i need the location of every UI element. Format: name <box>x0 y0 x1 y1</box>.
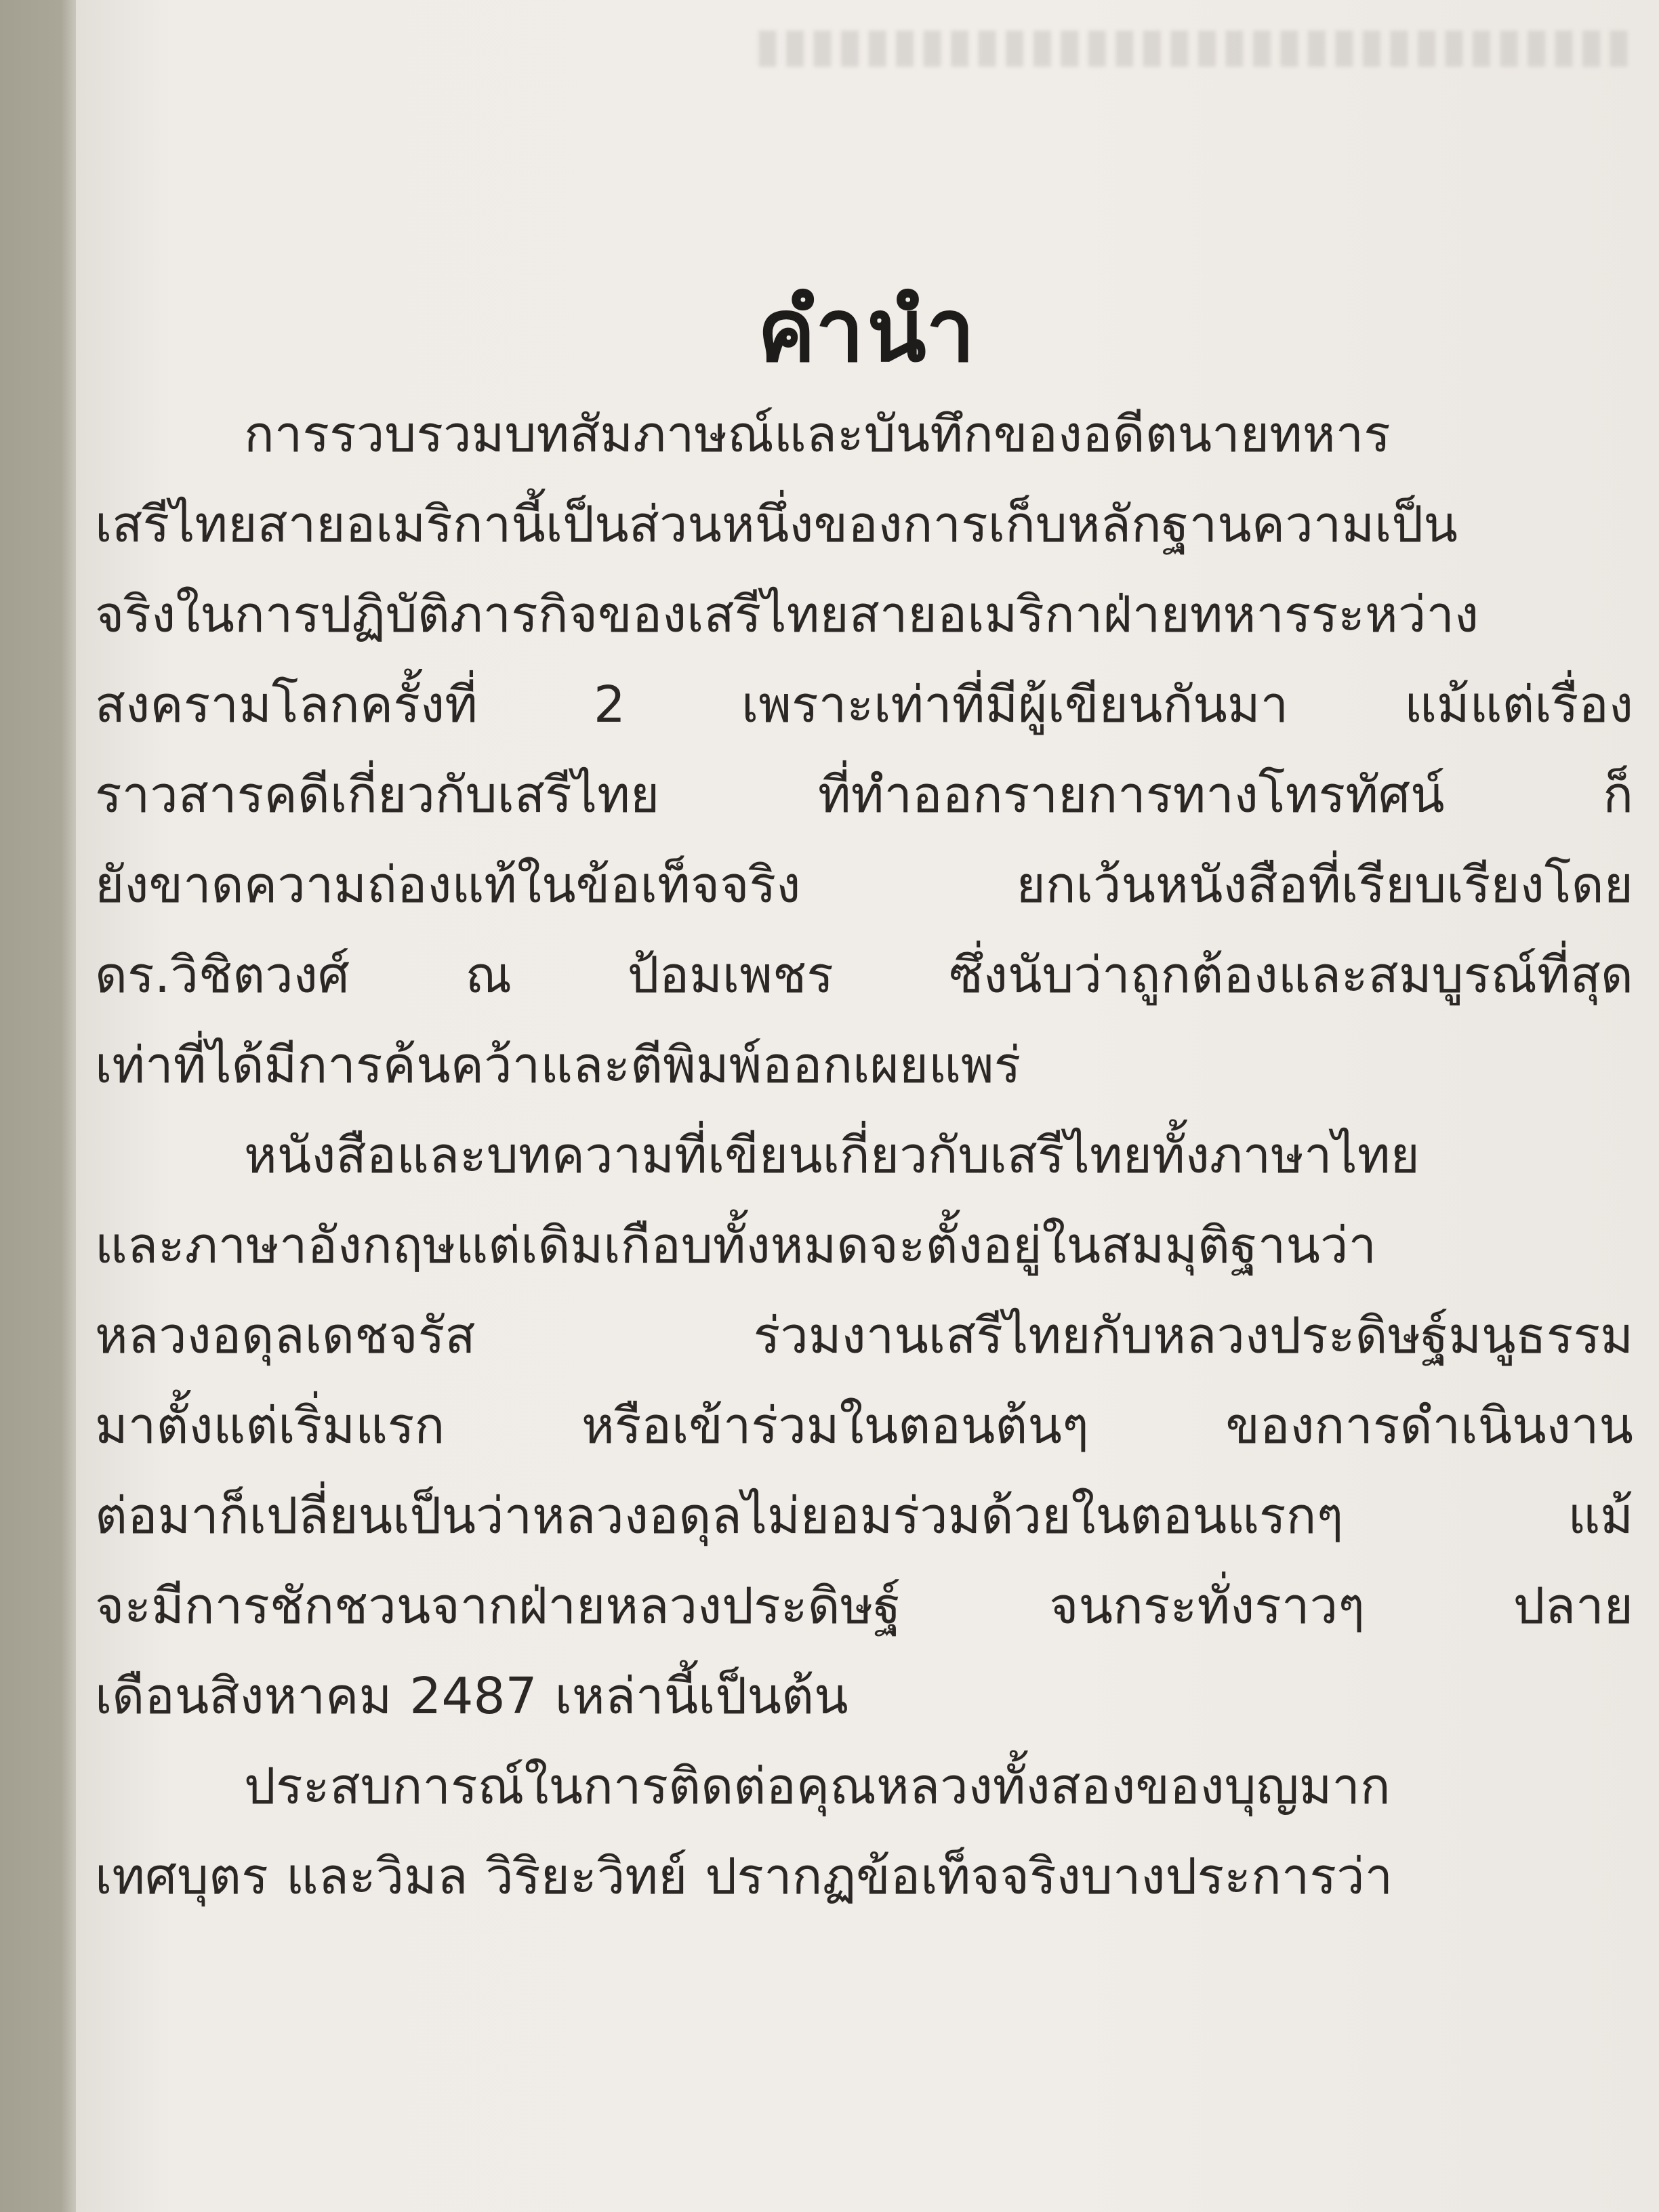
text-line: มาตั้งแต่เริ่มแรกหรือเข้าร่วมในตอนต้นๆขอ… <box>95 1381 1633 1471</box>
paragraph: ประสบการณ์ในการติดต่อคุณหลวงทั้งสองของบุ… <box>95 1742 1633 1922</box>
text-segment: และวิมล <box>286 1832 468 1922</box>
book-page: ▮▮▮▮▮▮▮▮▮▮▮▮▮▮▮▮▮▮▮▮▮▮▮▮▮▮▮▮▮▮▮▮ คำนำ กา… <box>76 0 1659 2212</box>
text-segment: เพราะเท่าที่มีผู้เขียนกันมา <box>741 660 1288 750</box>
text-segment: ราวสารคดีเกี่ยวกับเสรีไทย <box>95 750 659 840</box>
text-segment: ประสบการณ์ในการติดต่อคุณหลวงทั้งสองของบุ… <box>244 1742 1391 1832</box>
text-segment: การรวบรวมบทสัมภาษณ์และบันทึกของอดีตนายทห… <box>244 390 1391 480</box>
text-line: หนังสือและบทความที่เขียนเกี่ยวกับเสรีไทย… <box>95 1111 1633 1201</box>
text-line: และภาษาอังกฤษแต่เดิมเกือบทั้งหมดจะตั้งอย… <box>95 1201 1633 1291</box>
text-segment: เท่าที่ได้มีการค้นคว้าและตีพิมพ์ออกเผยแพ… <box>95 1021 1021 1111</box>
text-segment: และภาษาอังกฤษแต่เดิมเกือบทั้งหมดจะตั้งอย… <box>95 1201 1376 1291</box>
text-segment: สงครามโลกครั้งที่ <box>95 660 478 750</box>
text-segment: เสรีไทยสายอเมริกานี้เป็นส่วนหนึ่งของการเ… <box>95 480 1458 570</box>
text-segment: จนกระทั่งราวๆ <box>1049 1561 1365 1652</box>
text-segment: ร่วมงานเสรีไทยกับหลวงประดิษฐ์มนูธรรม <box>754 1291 1633 1381</box>
book-gutter <box>0 0 76 2212</box>
text-segment: หนังสือและบทความที่เขียนเกี่ยวกับเสรีไทย… <box>244 1111 1420 1201</box>
text-segment: จะมีการชักชวนจากฝ่ายหลวงประดิษฐ์ <box>95 1561 901 1652</box>
text-line: ราวสารคดีเกี่ยวกับเสรีไทยที่ทำออกรายการท… <box>95 750 1633 840</box>
body-text: การรวบรวมบทสัมภาษณ์และบันทึกของอดีตนายทห… <box>95 390 1633 1922</box>
text-segment: ปรากฏข้อเท็จจริงบางประการว่า <box>705 1832 1393 1922</box>
text-segment: แม้ <box>1568 1471 1633 1561</box>
text-line: ยังขาดความถ่องแท้ในข้อเท็จจริงยกเว้นหนัง… <box>95 840 1633 930</box>
text-segment: หลวงอดุลเดชจรัส <box>95 1291 476 1381</box>
text-segment: 2487 <box>409 1652 537 1742</box>
text-line: เสรีไทยสายอเมริกานี้เป็นส่วนหนึ่งของการเ… <box>95 480 1633 570</box>
page-title: คำนำ <box>76 262 1659 399</box>
text-segment: 2 <box>594 660 626 750</box>
text-segment: เหล่านี้เป็นต้น <box>555 1652 848 1742</box>
text-segment: ก็ <box>1603 750 1633 840</box>
text-segment: ที่ทำออกรายการทางโทรทัศน์ <box>818 750 1445 840</box>
text-segment: แม้แต่เรื่อง <box>1404 660 1633 750</box>
text-segment: ณ <box>465 930 512 1021</box>
text-line: ต่อมาก็เปลี่ยนเป็นว่าหลวงอดุลไม่ยอมร่วมด… <box>95 1471 1633 1561</box>
text-segment: ของการดำเนินงาน <box>1225 1381 1633 1471</box>
text-segment: ซึ่งนับว่าถูกต้องและสมบูรณ์ที่สุด <box>949 930 1633 1021</box>
text-line: ดร.วิชิตวงศ์ณป้อมเพชรซึ่งนับว่าถูกต้องแล… <box>95 930 1633 1021</box>
text-segment: ปลาย <box>1513 1561 1633 1652</box>
paragraph: หนังสือและบทความที่เขียนเกี่ยวกับเสรีไทย… <box>95 1111 1633 1742</box>
text-segment: เทศบุตร <box>95 1832 268 1922</box>
text-segment: ต่อมาก็เปลี่ยนเป็นว่าหลวงอดุลไม่ยอมร่วมด… <box>95 1471 1343 1561</box>
text-segment: ยังขาดความถ่องแท้ในข้อเท็จจริง <box>95 840 800 930</box>
text-line: จริงในการปฏิบัติภารกิจของเสรีไทยสายอเมริ… <box>95 570 1633 660</box>
show-through-text: ▮▮▮▮▮▮▮▮▮▮▮▮▮▮▮▮▮▮▮▮▮▮▮▮▮▮▮▮▮▮▮▮ <box>117 0 1632 90</box>
text-line: เดือนสิงหาคม2487เหล่านี้เป็นต้น <box>95 1652 1633 1742</box>
text-segment: จริงในการปฏิบัติภารกิจของเสรีไทยสายอเมริ… <box>95 570 1479 660</box>
text-line: จะมีการชักชวนจากฝ่ายหลวงประดิษฐ์จนกระทั่… <box>95 1561 1633 1652</box>
text-segment: วิริยะวิทย์ <box>485 1832 687 1922</box>
text-segment: หรือเข้าร่วมในตอนต้นๆ <box>581 1381 1089 1471</box>
text-line: สงครามโลกครั้งที่2เพราะเท่าที่มีผู้เขียน… <box>95 660 1633 750</box>
text-line: เท่าที่ได้มีการค้นคว้าและตีพิมพ์ออกเผยแพ… <box>95 1021 1633 1111</box>
text-segment: เดือนสิงหาคม <box>95 1652 392 1742</box>
text-line: เทศบุตรและวิมลวิริยะวิทย์ปรากฏข้อเท็จจริ… <box>95 1832 1633 1922</box>
text-segment: มาตั้งแต่เริ่มแรก <box>95 1381 445 1471</box>
text-segment: ยกเว้นหนังสือที่เรียบเรียงโดย <box>1016 840 1633 930</box>
text-line: ประสบการณ์ในการติดต่อคุณหลวงทั้งสองของบุ… <box>95 1742 1633 1832</box>
text-line: การรวบรวมบทสัมภาษณ์และบันทึกของอดีตนายทห… <box>95 390 1633 480</box>
text-line: หลวงอดุลเดชจรัสร่วมงานเสรีไทยกับหลวงประด… <box>95 1291 1633 1381</box>
text-segment: ดร.วิชิตวงศ์ <box>95 930 350 1021</box>
paragraph: การรวบรวมบทสัมภาษณ์และบันทึกของอดีตนายทห… <box>95 390 1633 1111</box>
text-segment: ป้อมเพชร <box>628 930 834 1021</box>
